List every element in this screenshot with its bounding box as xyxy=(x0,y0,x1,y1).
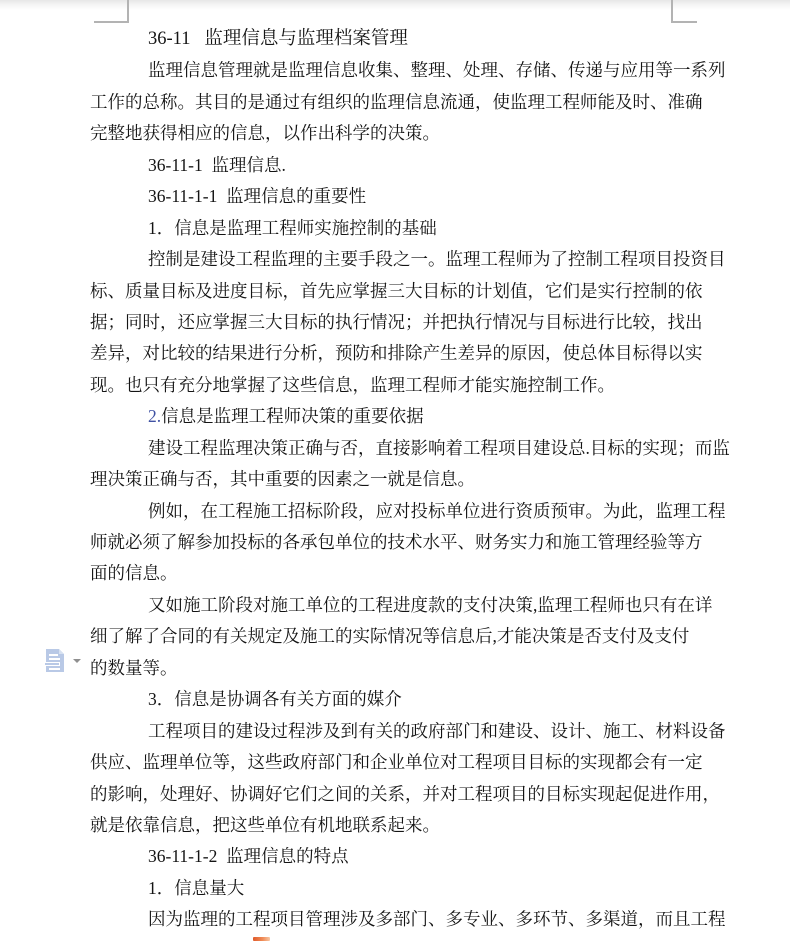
doc-line: 控制是建设工程监理的主要手段之一。监理工程师为了控制工程项目投资目 xyxy=(90,244,700,275)
doc-line: 1．信息是监理工程师实施控制的基础 xyxy=(90,213,700,244)
doc-line: 的影响，处理好、协调好它们之间的关系，并对工程项目的目标实现起促进作用， xyxy=(90,779,700,810)
doc-line: 监理信息管理就是监理信息收集、整理、处理、存储、传递与应用等一系列 xyxy=(90,55,700,86)
doc-line: 工程项目的建设过程涉及到有关的政府部门和建设、设计、施工、材料设备 xyxy=(90,716,700,747)
doc-line: 1．信息量大 xyxy=(90,873,700,904)
text-boundary-mark-left-horizontal xyxy=(94,21,129,23)
doc-line: 的数量等。 xyxy=(90,653,700,684)
doc-line: 36-11-1 监理信息. xyxy=(90,150,700,181)
doc-line: 细了解了合同的有关规定及施工的实际情况等信息后,才能决策是否支付及支付 xyxy=(90,621,700,652)
doc-line: 供应、监理单位等，这些政府部门和企业单位对工程项目目标的实现都会有一定 xyxy=(90,747,700,778)
doc-line: 完整地获得相应的信息，以作出科学的决策。 xyxy=(90,118,700,149)
doc-line: 2.信息是监理工程师决策的重要依据 xyxy=(90,401,700,432)
doc-line: 就是依靠信息，把这些单位有机地联系起来。 xyxy=(90,810,700,841)
doc-line: 因为监理的工程项目管理涉及多部门、多专业、多环节、多渠道，而且工程 xyxy=(90,904,700,935)
dropdown-arrow-icon[interactable] xyxy=(73,659,81,663)
text-boundary-mark-right-horizontal xyxy=(671,21,697,23)
doc-line-text: 信息是监理工程师决策的重要依据 xyxy=(161,406,424,426)
doc-line: 36-11-1-2 监理信息的特点 xyxy=(90,841,700,872)
doc-line: 面的信息。 xyxy=(90,558,700,589)
doc-heading-line: 36-11 监理信息与监理档案管理 xyxy=(90,24,700,55)
doc-line: 3．信息是协调各有关方面的媒介 xyxy=(90,684,700,715)
doc-line: 又如施工阶段对施工单位的工程进度款的支付决策,监理工程师也只有在详 xyxy=(90,590,700,621)
doc-line: 差异，对比较的结果进行分析，预防和排除产生差异的原因，使总体目标得以实 xyxy=(90,338,700,369)
text-boundary-mark-right-vertical xyxy=(671,0,673,23)
document-body: 36-11 监理信息与监理档案管理监理信息管理就是监理信息收集、整理、处理、存储… xyxy=(90,24,700,936)
embedded-document-icon[interactable] xyxy=(44,649,64,672)
text-boundary-mark-left-vertical xyxy=(127,0,129,23)
doc-line: 36-11-1-1 监理信息的重要性 xyxy=(90,181,700,212)
doc-line: 例如，在工程施工招标阶段，应对投标单位进行资质预审。为此，监理工程 xyxy=(90,496,700,527)
doc-line: 标、质量目标及进度目标，首先应掌握三大目标的计划值，它们是实行控制的依 xyxy=(90,276,700,307)
doc-line: 理决策正确与否，其中重要的因素之一就是信息。 xyxy=(90,464,700,495)
cutoff-red-mark xyxy=(253,937,270,941)
margin-object-widget[interactable] xyxy=(42,646,84,678)
doc-line: 建设工程监理决策正确与否，直接影响着工程项目建设总.目标的实现；而监 xyxy=(90,433,700,464)
doc-line: 师就必须了解参加投标的各承包单位的技术水平、财务实力和施工管理经验等方 xyxy=(90,527,700,558)
list-number-prefix: 2. xyxy=(148,406,161,426)
doc-line: 据；同时，还应掌握三大目标的执行情况；并把执行情况与目标进行比较，找出 xyxy=(90,307,700,338)
doc-line: 工作的总称。其目的是通过有组织的监理信息流通，使监理工程师能及时、准确 xyxy=(90,87,700,118)
doc-line: 现。也只有充分地掌握了这些信息，监理工程师才能实施控制工作。 xyxy=(90,370,700,401)
